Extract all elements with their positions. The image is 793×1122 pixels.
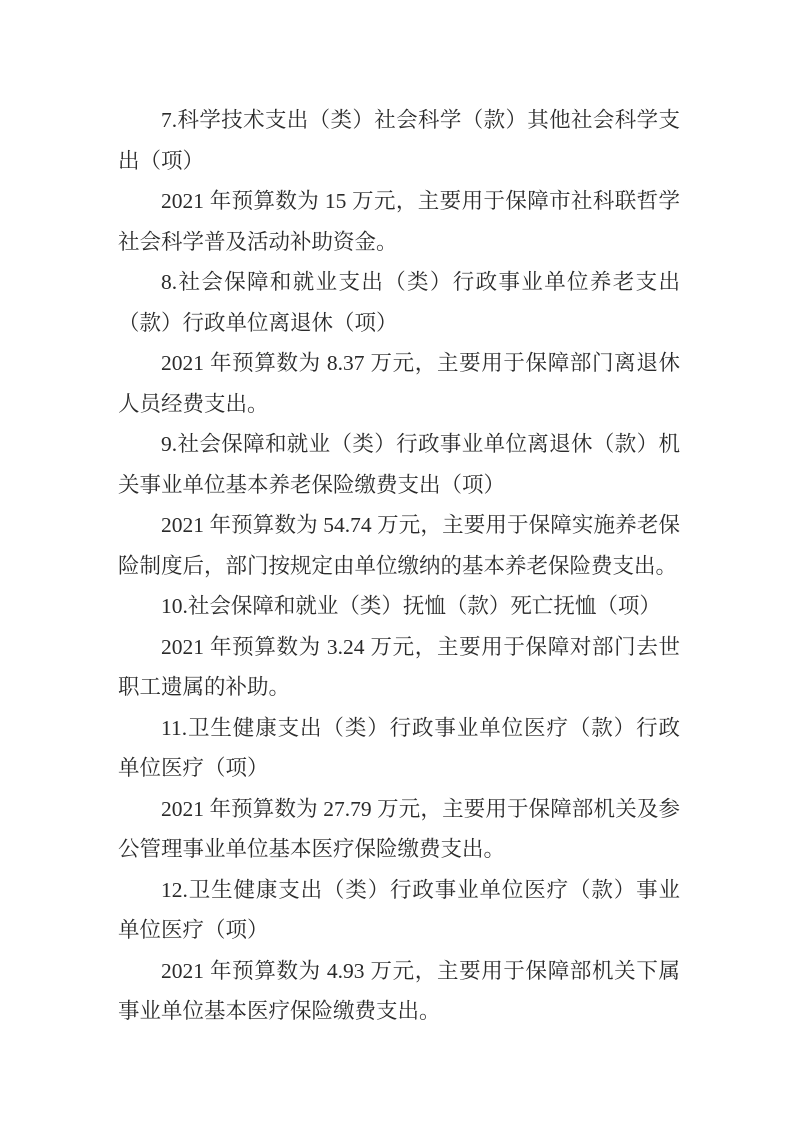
text-line: 关事业单位基本养老保险缴费支出（项） [118,465,680,506]
text-line: 8.社会保障和就业支出（类）行政事业单位养老支出 [118,262,680,303]
text-line: 2021 年预算数为 4.93 万元，主要用于保障部机关下属 [118,951,680,992]
text-line: 单位医疗（项） [118,748,680,789]
text-line: 2021 年预算数为 3.24 万元，主要用于保障对部门去世 [118,627,680,668]
item-7-description: 2021 年预算数为 15 万元，主要用于保障市社科联哲学社会科学普及活动补助资… [118,181,680,262]
text-line: 事业单位基本医疗保险缴费支出。 [118,991,680,1032]
text-line: 2021 年预算数为 8.37 万元，主要用于保障部门离退休 [118,343,680,384]
item-10-heading: 10.社会保障和就业（类）抚恤（款）死亡抚恤（项） [118,586,680,627]
text-line: 职工遗属的补助。 [118,667,680,708]
text-line: 11.卫生健康支出（类）行政事业单位医疗（款）行政 [118,708,680,749]
text-line: 社会科学普及活动补助资金。 [118,222,680,263]
item-7-heading: 7.科学技术支出（类）社会科学（款）其他社会科学支出（项） [118,100,680,181]
item-12-description: 2021 年预算数为 4.93 万元，主要用于保障部机关下属事业单位基本医疗保险… [118,951,680,1032]
text-line: 9.社会保障和就业（类）行政事业单位离退休（款）机 [118,424,680,465]
text-line: 12.卫生健康支出（类）行政事业单位医疗（款）事业 [118,870,680,911]
text-line: 单位医疗（项） [118,910,680,951]
document-page: 7.科学技术支出（类）社会科学（款）其他社会科学支出（项）2021 年预算数为 … [0,0,793,1122]
text-line: 人员经费支出。 [118,384,680,425]
text-line: （款）行政单位离退休（项） [118,303,680,344]
item-8-heading: 8.社会保障和就业支出（类）行政事业单位养老支出（款）行政单位离退休（项） [118,262,680,343]
item-12-heading: 12.卫生健康支出（类）行政事业单位医疗（款）事业单位医疗（项） [118,870,680,951]
text-line: 10.社会保障和就业（类）抚恤（款）死亡抚恤（项） [118,586,680,627]
item-10-description: 2021 年预算数为 3.24 万元，主要用于保障对部门去世职工遗属的补助。 [118,627,680,708]
document-content: 7.科学技术支出（类）社会科学（款）其他社会科学支出（项）2021 年预算数为 … [118,100,680,1032]
text-line: 公管理事业单位基本医疗保险缴费支出。 [118,829,680,870]
text-line: 2021 年预算数为 27.79 万元，主要用于保障部机关及参 [118,789,680,830]
text-line: 7.科学技术支出（类）社会科学（款）其他社会科学支 [118,100,680,141]
item-9-heading: 9.社会保障和就业（类）行政事业单位离退休（款）机关事业单位基本养老保险缴费支出… [118,424,680,505]
item-9-description: 2021 年预算数为 54.74 万元，主要用于保障实施养老保险制度后，部门按规… [118,505,680,586]
text-line: 2021 年预算数为 54.74 万元，主要用于保障实施养老保 [118,505,680,546]
text-line: 险制度后，部门按规定由单位缴纳的基本养老保险费支出。 [118,546,680,587]
item-11-description: 2021 年预算数为 27.79 万元，主要用于保障部机关及参公管理事业单位基本… [118,789,680,870]
text-line: 出（项） [118,141,680,182]
item-11-heading: 11.卫生健康支出（类）行政事业单位医疗（款）行政单位医疗（项） [118,708,680,789]
item-8-description: 2021 年预算数为 8.37 万元，主要用于保障部门离退休人员经费支出。 [118,343,680,424]
text-line: 2021 年预算数为 15 万元，主要用于保障市社科联哲学 [118,181,680,222]
